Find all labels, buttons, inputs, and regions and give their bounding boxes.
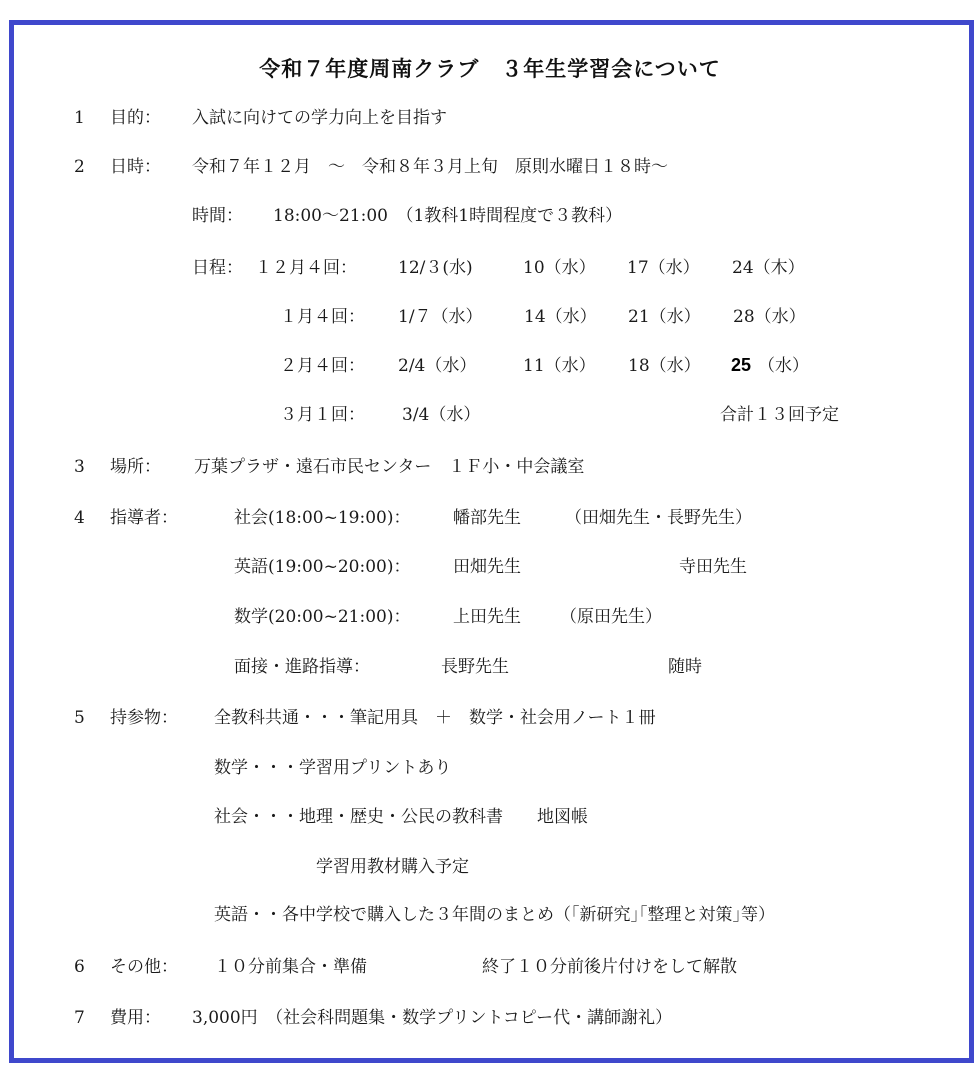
section-7-content: 3,000円 （社会科問題集・数学プリントコピー代・講師謝礼） [192, 1007, 672, 1029]
instructor-subject: 面接・進路指導： [234, 656, 370, 678]
schedule-date: 1/７（水） [398, 306, 483, 328]
schedule-date: 24（木） [732, 257, 805, 279]
schedule-label: 日程： [192, 257, 243, 279]
instructor-teacher: 長野先生 [441, 656, 509, 678]
schedule-date: 2/4（水） [398, 355, 476, 377]
instructor-assistants: 寺田先生 [679, 556, 747, 578]
section-5-label: 持参物： [110, 707, 178, 729]
schedule-date: 11（水） [523, 355, 596, 377]
section-1-label: 目的： [110, 107, 161, 129]
instructor-subject: 社会(18:00~19:00)： [234, 507, 411, 529]
schedule-month-dec: １２月４回： [255, 257, 357, 279]
belongings-item: 学習用教材購入予定 [316, 856, 469, 878]
schedule-date: 3/4（水） [402, 404, 480, 426]
section-3-number: 3 [74, 456, 85, 478]
schedule-date: 10（水） [523, 257, 596, 279]
instructor-subject: 数学(20:00~21:00)： [234, 606, 411, 628]
section-2-label: 日時： [110, 156, 161, 178]
instructor-subject: 英語(19:00~20:00)： [234, 556, 411, 578]
schedule-date: 14（水） [524, 306, 597, 328]
schedule-date: 28（水） [733, 306, 806, 328]
belongings-item: 全教科共通・・・筆記用具 ＋ 数学・社会用ノート１冊 [214, 707, 656, 729]
schedule-date: 21（水） [628, 306, 701, 328]
schedule-total: 合計１３回予定 [720, 404, 839, 426]
belongings-item: 数学・・・学習用プリントあり [214, 757, 451, 779]
instructor-assistants: （原田先生） [560, 606, 662, 628]
schedule-month-jan: １月４回： [280, 306, 365, 328]
instructor-teacher: 田畑先生 [453, 556, 521, 578]
section-2-number: 2 [74, 156, 85, 178]
section-5-number: 5 [74, 707, 85, 729]
section-4-number: 4 [74, 507, 85, 529]
section-6-content: １０分前集合・準備 [214, 956, 367, 978]
time-label: 時間： [192, 205, 243, 227]
section-3-label: 場所： [110, 456, 161, 478]
schedule-date: 18（水） [628, 355, 701, 377]
section-7-number: 7 [74, 1007, 85, 1029]
schedule-date: 12/３(水) [398, 257, 473, 279]
belongings-item: 英語・・各中学校で購入した３年間のまとめ（｢新研究｣｢整理と対策｣等） [214, 904, 775, 926]
schedule-month-mar: ３月１回： [280, 404, 365, 426]
schedule-date-highlight: 25 [731, 354, 751, 376]
section-7-label: 費用： [110, 1007, 161, 1029]
schedule-date-weekday: （水） [758, 355, 809, 377]
time-value: 18:00～21:00 （1教科1時間程度で３教科） [273, 205, 622, 227]
section-1-content: 入試に向けての学力向上を目指す [192, 107, 447, 129]
instructor-assistants: 随時 [668, 656, 702, 678]
section-1-number: 1 [74, 107, 85, 129]
section-6-content-2: 終了１０分前後片付けをして解散 [482, 956, 737, 978]
belongings-item: 社会・・・地理・歴史・公民の教科書 地図帳 [214, 806, 588, 828]
instructor-assistants: （田畑先生・長野先生） [565, 507, 752, 529]
page-title: 令和７年度周南クラブ ３年生学習会について [0, 56, 980, 82]
section-6-label: その他： [110, 956, 178, 978]
schedule-date: 17（水） [627, 257, 700, 279]
instructor-teacher: 幡部先生 [453, 507, 521, 529]
section-4-label: 指導者： [110, 507, 178, 529]
schedule-month-feb: ２月４回： [280, 355, 365, 377]
instructor-teacher: 上田先生 [453, 606, 521, 628]
section-6-number: 6 [74, 956, 85, 978]
section-2-content: 令和７年１２月 ～ 令和８年３月上旬 原則水曜日１８時～ [192, 156, 668, 178]
section-3-content: 万葉プラザ・遠石市民センター １Ｆ小・中会議室 [194, 456, 584, 478]
